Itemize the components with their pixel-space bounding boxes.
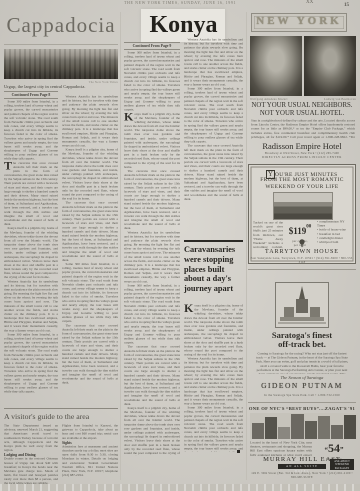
ad-divider-rule	[248, 402, 356, 403]
drop-cap-paragraph: Konya itself is a pilgrim city, home of …	[184, 304, 243, 357]
drop-cap-paragraph: The caravans that once crossed Anatolia …	[4, 161, 58, 226]
beethoven-portrait	[304, 36, 356, 96]
photo-caption: Urgup, the largest city in central Cappa…	[4, 84, 118, 89]
drop-cap-paragraph: Konya itself is a pilgrim city, home of …	[124, 112, 180, 169]
guide-rule	[4, 408, 118, 409]
murray-promo-box: ASK ABOUT WEEKEND PACKAGES	[330, 459, 354, 470]
article-column: Western Anatolia has its symbolism and i…	[184, 38, 243, 236]
guide-title: A visitor's guide to the area	[4, 412, 118, 421]
article-text: Western Anatolia has its symbolism and i…	[184, 38, 243, 201]
article-column: Western Anatolia has its symbolism and i…	[62, 95, 118, 406]
castle-photo	[273, 192, 333, 220]
radisson-headline-2: NOT YOUR USUAL HOTEL.	[248, 110, 356, 117]
mozart-portrait	[250, 36, 302, 96]
tarrytown-ad: YOU'RE JUST MINUTES FROM THE MOST ROMANT…	[248, 164, 356, 264]
article-column: Some 300 miles from Istanbul, in a rolli…	[4, 100, 58, 406]
ad-divider-rule	[248, 269, 356, 270]
column-rule-left	[120, 12, 121, 480]
price-quote-close: ”	[340, 446, 344, 454]
radisson-body: Stay in a neighborhood defined by cultur…	[251, 119, 355, 140]
murray-header: ONE OF NYC'S “BEST BUYS”....ZAGAT'S '91	[248, 406, 356, 411]
pull-quote: Caravansaries were stopping places built…	[184, 240, 243, 294]
guide-column: Flights from Istanbul to Kayseri, the ga…	[62, 424, 118, 488]
price-dollars: $119	[289, 226, 307, 236]
guide-text: The State Department issued an advisory,…	[4, 424, 58, 486]
tree-logo-icon	[298, 239, 306, 248]
portrait-caption: Ludwig van Beethoven	[304, 97, 356, 101]
tarrytown-name: TARRYTOWN HOUSE	[249, 249, 355, 255]
murray-body: Located in the heart of New York City, n…	[250, 441, 312, 456]
radisson-hotel-name: Radisson Empire Hotel	[248, 141, 356, 151]
saratoga-illustration	[275, 282, 329, 328]
headline-konya: Konya	[122, 12, 245, 39]
murray-subtitle-bar: AN ALL SUITE HOTEL	[278, 464, 326, 469]
headline-rule	[4, 44, 118, 45]
scan-edge	[0, 484, 360, 491]
skyline-illustration	[250, 413, 358, 439]
guide-column: The State Department issued an advisory,…	[4, 424, 58, 488]
cappadocia-photo	[4, 49, 118, 79]
spire-building-icon	[276, 283, 328, 327]
gideon-putnam-tagline: In the Saratoga Spa State Park. Call • 1…	[248, 393, 356, 397]
page-number: 15	[344, 3, 349, 8]
tarrytown-address: East Sunnyside Lane, Tarrytown, N.Y. 105…	[249, 256, 355, 264]
radisson-headline-1: NOT YOUR USUAL NEIGHBORS.	[248, 102, 356, 109]
saratoga-script-line: The Season of Saratoga	[248, 375, 356, 380]
gideon-putnam-name: GIDEON PUTNAM	[248, 381, 356, 390]
article-text: Some 300 miles from Istanbul, in a rolli…	[4, 100, 58, 394]
article-text: Konya itself is a pilgrim city, home of …	[184, 304, 243, 452]
article-text: Western Anatolia has its symbolism and i…	[62, 95, 118, 385]
portrait-caption: Wolfgang Amadeus Mozart	[250, 97, 302, 101]
new-york-section-banner: NEW YORK	[251, 13, 347, 32]
column-rule-right	[246, 12, 247, 480]
newspaper-page: THE NEW YORK TIMES, SUNDAY, JUNE 16, 199…	[0, 0, 360, 491]
romantic-left-text: Tucked on one of the world's great river…	[253, 221, 283, 249]
article-column: Some 300 miles from Istanbul, in a rolli…	[124, 51, 180, 456]
price-value: 54	[328, 441, 340, 455]
section-mark: XX	[306, 0, 313, 5]
headline-cappadocia: Cappadocia	[4, 13, 118, 38]
article-text: Some 300 miles from Istanbul, in a rolli…	[124, 51, 180, 456]
continued-from-note: Continued From Page 8	[4, 91, 58, 99]
romantic-bullets: complimentary NY Times bottle of house w…	[317, 220, 353, 250]
article-column: Konya itself is a pilgrim city, home of …	[184, 304, 243, 452]
radisson-tagline: DIRECTLY ACROSS FROM LINCOLN CENTER	[248, 155, 356, 159]
price-cents: 00	[306, 225, 311, 230]
guide-text: Flights from Istanbul to Kayseri, the ga…	[62, 424, 118, 478]
romantic-headline-3: WEEKEND OF YOUR LIFE	[249, 184, 355, 190]
continued-from-note: Continued From Page 9	[124, 42, 180, 50]
romantic-headline-2: FROM THE MOST ROMANTIC	[249, 177, 355, 183]
article-end-mark	[237, 450, 240, 453]
saratoga-body: Coming to Saratoga for the racing? Why n…	[254, 352, 350, 374]
saratoga-headline: Saratoga's finest off-track bet.	[248, 331, 356, 350]
murray-address: 149 E. 39th Street (Bet. 3rd & Lex. Aves…	[248, 471, 356, 479]
